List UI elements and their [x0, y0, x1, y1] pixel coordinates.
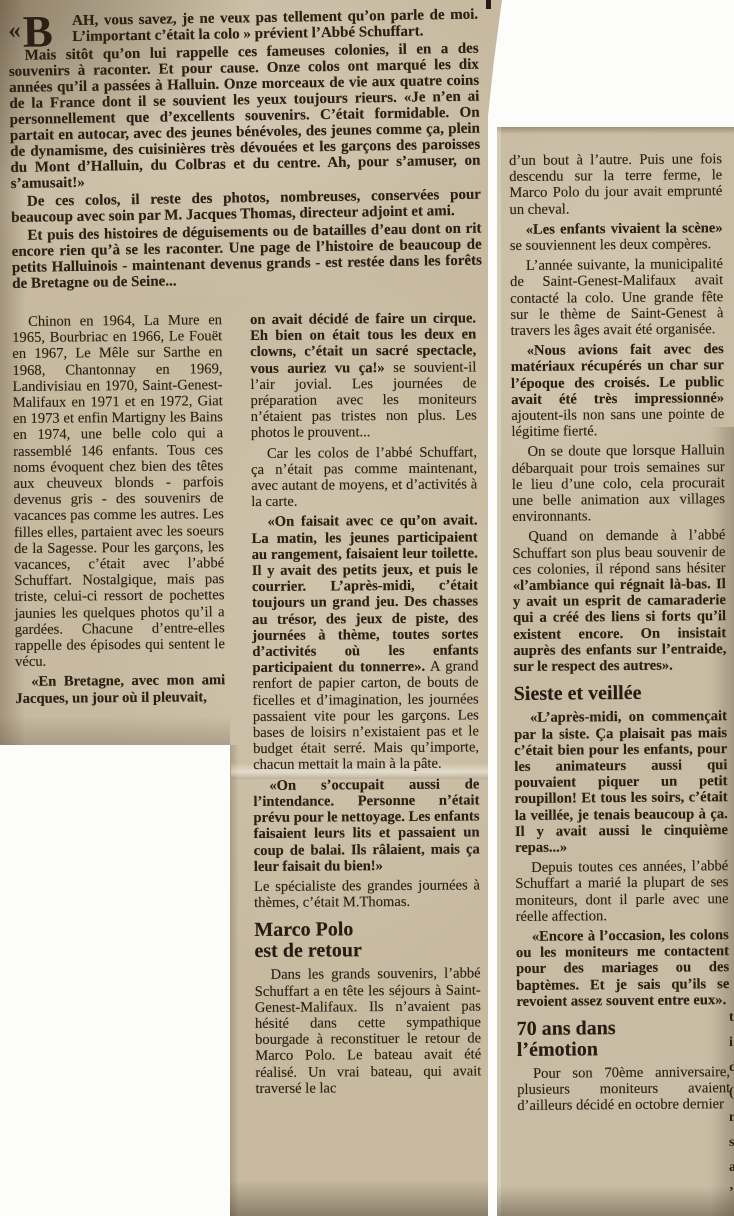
paragraph: L’année suivante, la municipalité de Sai…	[510, 256, 724, 339]
body-text: L’année suivante, la municipalité de Sai…	[510, 256, 723, 339]
paper-edge-highlight	[497, 127, 501, 1216]
body-text: A grand renfort de papier carton, de bou…	[253, 659, 480, 774]
column-3: d’un bout à l’autre. Puis une fois desce…	[509, 151, 730, 1118]
quoted-bold-text: «L’après-midi, on commençait par la sist…	[514, 708, 728, 855]
scan-shadow-column1-bottom	[0, 716, 230, 745]
dropcap-letter: B	[23, 14, 54, 48]
paragraph: AH, vous savez, je ne veux pas tellement…	[8, 7, 478, 46]
scan-shadow-column2-left	[230, 745, 239, 1216]
paragraph: «Encore à l’occasion, les colons ou les …	[516, 927, 730, 1010]
clipped-letter: ’	[729, 1180, 734, 1205]
body-text: se souviennent les deux compères.	[510, 236, 712, 254]
body-text: Le spécialiste des grandes journées à th…	[254, 877, 480, 911]
body-text: Car les colos de l’abbé Schuffart, ça n’…	[251, 444, 477, 510]
scanned-newspaper-article: « B AH, vous savez, je ne veux pas telle…	[0, 0, 734, 1216]
quoted-bold-text: «On s’occupait aussi de l’intendance. Pe…	[253, 776, 479, 875]
clipped-letter: n	[729, 1105, 734, 1130]
paragraph: d’un bout à l’autre. Puis une fois desce…	[509, 151, 723, 218]
section-heading: 70 ans dans l’émotion	[517, 1017, 730, 1061]
quoted-bold-text: Et puis des histoires de déguisements ou…	[12, 221, 482, 292]
quoted-bold-text: «En Bretagne, avec mon ami Jacques, un j…	[15, 673, 225, 707]
clipped-column-fragments: tid(nsa’	[723, 1005, 734, 1205]
opening-quote: «	[8, 15, 21, 47]
lead-block: « B AH, vous savez, je ne veux pas telle…	[8, 7, 482, 294]
paragraph: «On s’occupait aussi de l’intendance. Pe…	[253, 776, 480, 875]
scan-shadow-top-edge	[497, 127, 734, 134]
quoted-bold-text: Mais sitôt qu’on lui rappelle ces fameus…	[9, 41, 481, 192]
quoted-bold-text: «Encore à l’occasion, les colons ou les …	[516, 927, 729, 1010]
paragraph: Chinon en 1964, La Mure en 1965, Bourbri…	[12, 312, 225, 670]
paragraph: «L’après-midi, on commençait par la sist…	[514, 708, 728, 856]
body-text: Pour son 70ème anniversaire, plusieurs m…	[517, 1064, 730, 1114]
clipped-letter: i	[729, 1030, 734, 1055]
clipped-letter: a	[729, 1155, 734, 1180]
paragraph: «Les enfants vivaient la scène» se souvi…	[510, 220, 723, 254]
body-text: On se doute que lorsque Halluin débarqua…	[512, 443, 725, 526]
paragraph: Quand on demande à l’abbé Schuffart son …	[512, 528, 726, 676]
body-text: Depuis toutes ces années, l’abbé Schuffa…	[515, 858, 728, 924]
section-heading: Marco Polo est de retour	[254, 919, 480, 963]
clipped-letter: d	[729, 1055, 734, 1080]
paragraph: Le spécialiste des grandes journées à th…	[254, 877, 480, 911]
paragraph: «Nous avions fait avec des matériaux réc…	[511, 341, 725, 440]
body-text: Quand on demande à l’abbé Schuffart son …	[512, 528, 725, 578]
body-text: Dans les grands souvenirs, l’abbé Schuff…	[255, 966, 482, 1097]
quoted-bold-text: «Les enfants vivaient la scène»	[526, 220, 723, 238]
paragraph: Depuis toutes ces années, l’abbé Schuffa…	[515, 858, 729, 925]
body-text: d’un bout à l’autre. Puis une fois desce…	[509, 151, 722, 217]
column-1: Chinon en 1964, La Mure en 1965, Bourbri…	[12, 312, 225, 711]
newsprint-piece-right: d’un bout à l’autre. Puis une fois desce…	[497, 127, 734, 1216]
paragraph: De ces colos, il reste des photos, nombr…	[11, 187, 481, 226]
column-2: on avait décidé de faire un cirque. Eh b…	[250, 310, 482, 1100]
lead-paragraphs: AH, vous savez, je ne veux pas tellement…	[8, 7, 482, 292]
clipped-letter: s	[729, 1130, 734, 1155]
paragraph: Car les colos de l’abbé Schuffart, ça n’…	[251, 444, 477, 510]
scan-shadow-bottom	[230, 1180, 488, 1216]
body-text: Chinon en 1964, La Mure en 1965, Bourbri…	[12, 312, 225, 670]
paragraph: «En Bretagne, avec mon ami Jacques, un j…	[15, 673, 225, 707]
section-heading: Sieste et veillée	[514, 682, 727, 705]
paragraph: Dans les grands souvenirs, l’abbé Schuff…	[255, 966, 482, 1097]
dropcap: « B	[8, 14, 67, 48]
quoted-bold-text: «On faisait avec ce qu’on avait. La mati…	[252, 513, 479, 676]
quoted-bold-text: De ces colos, il reste des photos, nombr…	[11, 187, 481, 226]
paragraph: Pour son 70ème anniversaire, plusieurs m…	[517, 1064, 730, 1114]
paragraph: On se doute que lorsque Halluin débarqua…	[512, 443, 726, 526]
quoted-bold-text: «Nous avions fait avec des matériaux réc…	[511, 341, 724, 407]
quoted-bold-text: AH, vous savez, je ne veux pas tellement…	[72, 7, 478, 45]
paragraph: Et puis des histoires de déguisements ou…	[11, 221, 482, 292]
paragraph: «On faisait avec ce qu’on avait. La mati…	[251, 513, 479, 774]
quoted-bold-text: «l’ambiance qui régnait là-bas. Il y ava…	[513, 576, 727, 675]
clipped-letter: t	[729, 1005, 734, 1030]
clipped-letter: (	[729, 1080, 734, 1105]
paragraph: on avait décidé de faire un cirque. Eh b…	[250, 310, 477, 441]
body-text: ajoutent-ils non sans une pointe de légi…	[511, 406, 724, 440]
ink-mark	[486, 0, 491, 9]
scan-shadow-bottom	[497, 1186, 734, 1216]
paragraph: Mais sitôt qu’on lui rappelle ces fameus…	[9, 41, 481, 192]
